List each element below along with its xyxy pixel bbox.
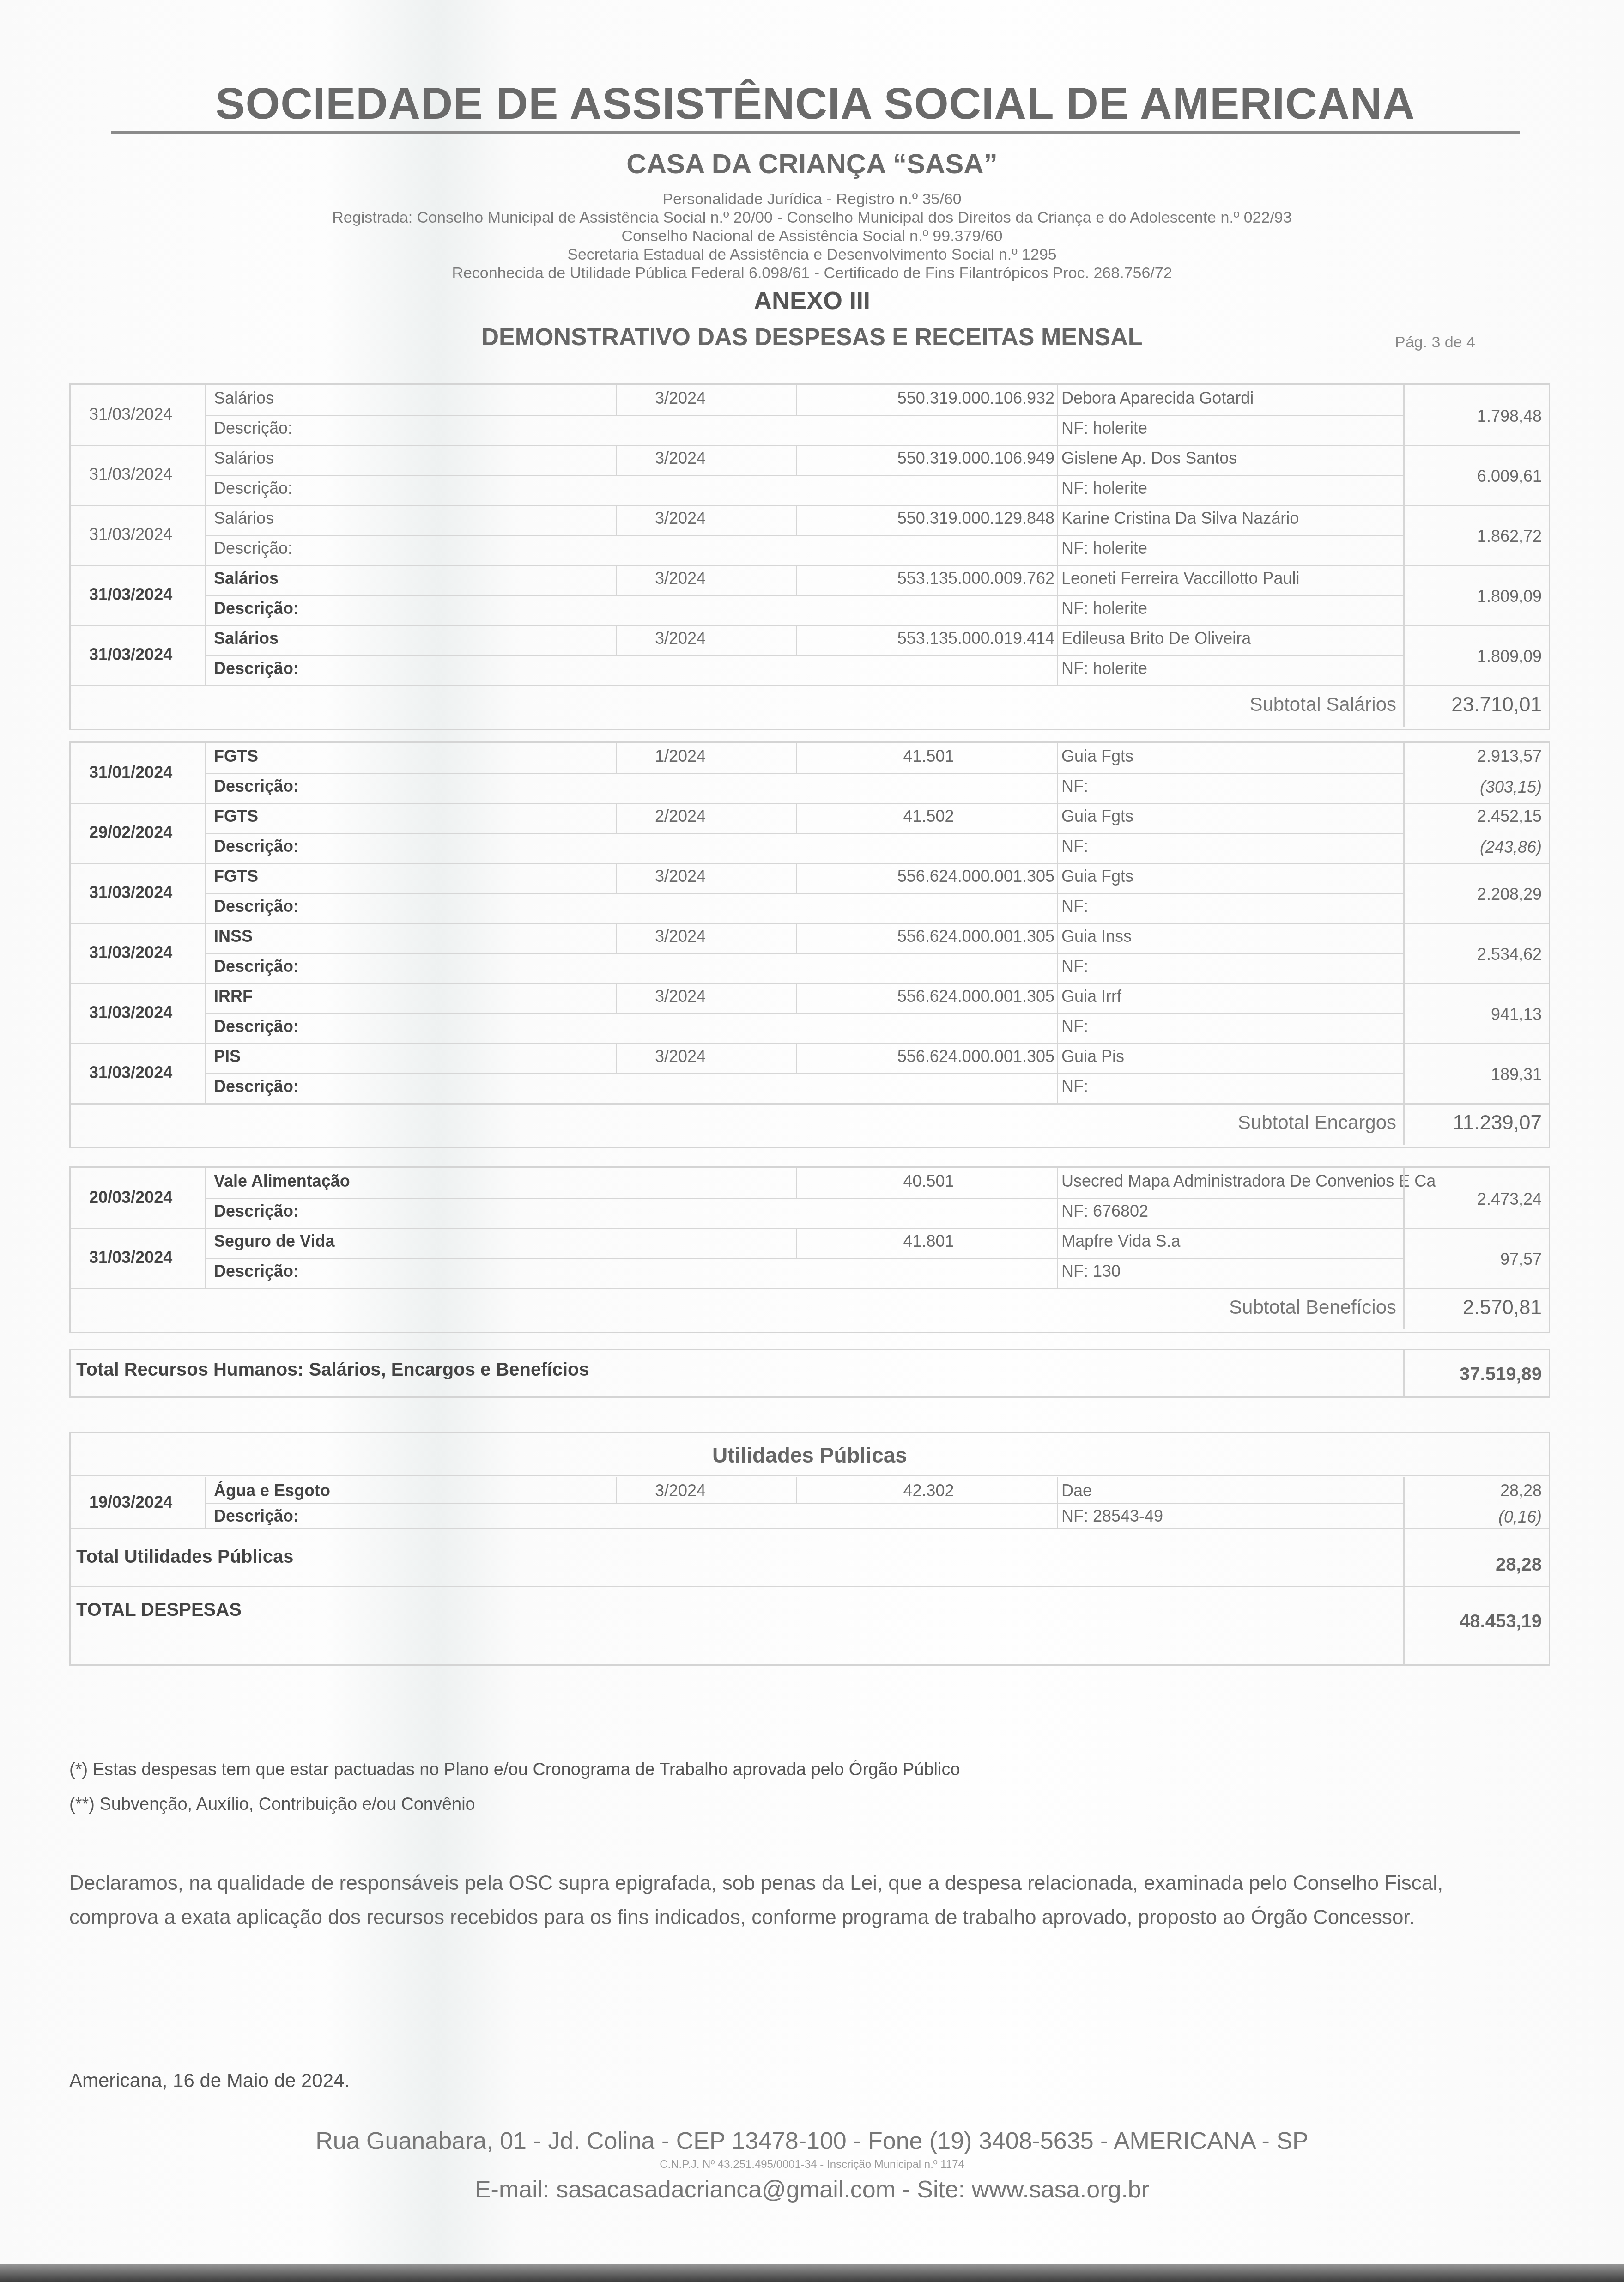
total-despesas-label: TOTAL DESPESAS bbox=[76, 1600, 242, 1620]
row-date: 31/03/2024 bbox=[89, 883, 172, 902]
row-description-label: Descrição: bbox=[214, 1262, 299, 1281]
subtotal-value: 23.710,01 bbox=[1408, 693, 1542, 716]
column-divider bbox=[616, 565, 617, 595]
row-divider bbox=[71, 685, 1549, 686]
column-divider bbox=[205, 803, 206, 863]
column-divider bbox=[205, 923, 206, 983]
row-competence: 3/2024 bbox=[616, 509, 745, 528]
column-divider bbox=[1057, 1228, 1058, 1288]
row-value: 6.009,61 bbox=[1408, 467, 1542, 486]
registry-line: Personalidade Jurídica - Registro n.º 35… bbox=[0, 190, 1624, 208]
row-payee: Guia Irrf bbox=[1061, 987, 1121, 1006]
column-divider bbox=[1403, 625, 1405, 685]
row-description-label: Descrição: bbox=[214, 1017, 299, 1036]
row-payee: Guia Fgts bbox=[1061, 807, 1133, 826]
row-divider bbox=[71, 1528, 1549, 1529]
row-divider bbox=[205, 1013, 1403, 1014]
row-divider bbox=[205, 415, 1403, 416]
row-date: 20/03/2024 bbox=[89, 1188, 172, 1207]
row-date: 31/03/2024 bbox=[89, 525, 172, 544]
column-divider bbox=[1057, 923, 1058, 983]
row-category: FGTS bbox=[214, 747, 258, 766]
row-competence: 1/2024 bbox=[616, 747, 745, 766]
row-competence: 2/2024 bbox=[616, 807, 745, 826]
subtotal-value: 11.239,07 bbox=[1408, 1111, 1542, 1135]
row-date: 31/03/2024 bbox=[89, 943, 172, 962]
row-divider bbox=[71, 1288, 1549, 1289]
row-description-label: Descrição: bbox=[214, 1506, 299, 1526]
row-divider bbox=[71, 1586, 1549, 1587]
row-document-number: 41.501 bbox=[803, 747, 1054, 766]
utilidades-title: Utilidades Públicas bbox=[71, 1443, 1549, 1468]
row-date: 31/03/2024 bbox=[89, 405, 172, 424]
subtotal-label: Subtotal Salários bbox=[902, 693, 1396, 716]
row-category: FGTS bbox=[214, 807, 258, 826]
column-divider bbox=[796, 863, 797, 893]
column-divider bbox=[1057, 385, 1058, 445]
column-divider bbox=[1403, 803, 1405, 863]
row-category: PIS bbox=[214, 1047, 241, 1066]
row-description-label: Descrição: bbox=[214, 479, 292, 498]
row-competence: 3/2024 bbox=[616, 569, 745, 588]
row-document-number: 550.319.000.106.932 bbox=[803, 388, 1054, 408]
row-divider bbox=[205, 1258, 1403, 1259]
row-competence: 3/2024 bbox=[616, 987, 745, 1006]
row-nf: NF: holerite bbox=[1061, 599, 1147, 618]
row-date: 31/03/2024 bbox=[89, 1063, 172, 1082]
registry-line: Conselho Nacional de Assistência Social … bbox=[0, 227, 1624, 245]
row-category: Salários bbox=[214, 569, 279, 588]
row-divider bbox=[205, 1198, 1403, 1199]
page-number: Pág. 3 de 4 bbox=[1395, 334, 1475, 352]
column-divider bbox=[796, 743, 797, 773]
subtotal-value: 2.570,81 bbox=[1408, 1296, 1542, 1319]
column-divider bbox=[1403, 565, 1405, 625]
row-adjustment: (243,86) bbox=[1408, 838, 1542, 857]
column-divider bbox=[1403, 445, 1405, 505]
row-document-number: 553.135.000.019.414 bbox=[803, 629, 1054, 648]
total-despesas-value: 48.453,19 bbox=[1408, 1611, 1542, 1632]
column-divider bbox=[205, 1477, 206, 1528]
column-divider bbox=[796, 923, 797, 953]
column-divider bbox=[616, 863, 617, 893]
column-divider bbox=[1057, 1168, 1058, 1228]
row-payee: Usecred Mapa Administradora De Convenios… bbox=[1061, 1171, 1436, 1191]
row-payee: Mapfre Vida S.a bbox=[1061, 1232, 1180, 1251]
column-divider bbox=[1057, 803, 1058, 863]
unit-name: CASA DA CRIANÇA “SASA” bbox=[0, 148, 1624, 180]
row-competence: 3/2024 bbox=[616, 1047, 745, 1066]
row-divider bbox=[71, 863, 1549, 864]
column-divider bbox=[205, 983, 206, 1043]
total-utilidades-value: 28,28 bbox=[1408, 1554, 1542, 1575]
row-divider bbox=[205, 595, 1403, 596]
row-divider bbox=[205, 1073, 1403, 1074]
footnote: (*) Estas despesas tem que estar pactuad… bbox=[69, 1760, 960, 1780]
row-description-label: Descrição: bbox=[214, 837, 299, 856]
row-document-number: 556.624.000.001.305 bbox=[803, 987, 1054, 1006]
footer-address: Rua Guanabara, 01 - Jd. Colina - CEP 134… bbox=[0, 2127, 1624, 2155]
row-nf: NF: 130 bbox=[1061, 1262, 1121, 1281]
column-divider bbox=[1403, 1477, 1405, 1528]
encargos-table: 31/01/2024FGTSDescrição:1/202441.501Guia… bbox=[69, 741, 1550, 1148]
row-payee: Guia Fgts bbox=[1061, 747, 1133, 766]
annex-label: ANEXO III bbox=[0, 286, 1624, 315]
row-description-label: Descrição: bbox=[214, 957, 299, 976]
row-divider bbox=[205, 1503, 1403, 1504]
row-value: 2.534,62 bbox=[1408, 945, 1542, 964]
row-category: Seguro de Vida bbox=[214, 1232, 334, 1251]
row-document-number: 40.501 bbox=[803, 1171, 1054, 1191]
row-date: 29/02/2024 bbox=[89, 823, 172, 842]
scan-edge bbox=[0, 2264, 1624, 2282]
row-value: 1.809,09 bbox=[1408, 647, 1542, 666]
row-description-label: Descrição: bbox=[214, 1202, 299, 1221]
row-competence: 3/2024 bbox=[616, 388, 745, 408]
row-adjustment: (0,16) bbox=[1408, 1507, 1542, 1527]
row-divider bbox=[205, 535, 1403, 536]
row-payee: Gislene Ap. Dos Santos bbox=[1061, 449, 1237, 468]
row-divider bbox=[205, 475, 1403, 476]
column-divider bbox=[796, 1043, 797, 1073]
column-divider bbox=[1057, 505, 1058, 565]
column-divider bbox=[616, 983, 617, 1013]
column-divider bbox=[1403, 983, 1405, 1043]
total-rh-row: Total Recursos Humanos: Salários, Encarg… bbox=[69, 1349, 1550, 1398]
row-nf: NF: holerite bbox=[1061, 419, 1147, 438]
row-description-label: Descrição: bbox=[214, 897, 299, 916]
row-category: Salários bbox=[214, 388, 274, 408]
column-divider bbox=[205, 445, 206, 505]
total-utilidades-label: Total Utilidades Públicas bbox=[76, 1547, 293, 1567]
row-competence: 3/2024 bbox=[616, 449, 745, 468]
row-nf: NF: bbox=[1061, 837, 1088, 856]
registry-line: Registrada: Conselho Municipal de Assist… bbox=[0, 209, 1624, 227]
document-page: SOCIEDADE DE ASSISTÊNCIA SOCIAL DE AMERI… bbox=[0, 0, 1624, 2282]
row-document-number: 41.801 bbox=[803, 1232, 1054, 1251]
registry-line: Secretaria Estadual de Assistência e Des… bbox=[0, 246, 1624, 264]
row-payee: Edileusa Brito De Oliveira bbox=[1061, 629, 1251, 648]
footer-contact: E-mail: sasacasadacrianca@gmail.com - Si… bbox=[0, 2176, 1624, 2203]
row-date: 31/03/2024 bbox=[89, 465, 172, 484]
column-divider bbox=[796, 625, 797, 655]
row-description-label: Descrição: bbox=[214, 1077, 299, 1096]
row-date: 31/03/2024 bbox=[89, 645, 172, 664]
place-date: Americana, 16 de Maio de 2024. bbox=[69, 2070, 350, 2092]
row-value: 28,28 bbox=[1408, 1481, 1542, 1500]
row-description-label: Descrição: bbox=[214, 777, 299, 796]
row-divider bbox=[205, 655, 1403, 656]
column-divider bbox=[1403, 1528, 1405, 1664]
column-divider bbox=[616, 505, 617, 535]
row-value: 2.473,24 bbox=[1408, 1190, 1542, 1209]
row-category: INSS bbox=[214, 927, 253, 946]
column-divider bbox=[1403, 923, 1405, 983]
column-divider bbox=[796, 983, 797, 1013]
row-description-label: Descrição: bbox=[214, 659, 299, 678]
row-document-number: 550.319.000.129.848 bbox=[803, 509, 1054, 528]
row-nf: NF: holerite bbox=[1061, 479, 1147, 498]
column-divider bbox=[796, 385, 797, 415]
column-divider bbox=[1057, 983, 1058, 1043]
column-divider bbox=[1403, 385, 1405, 445]
column-divider bbox=[1057, 743, 1058, 803]
row-competence: 3/2024 bbox=[616, 1481, 745, 1500]
column-divider bbox=[616, 1477, 617, 1503]
row-divider bbox=[205, 773, 1403, 774]
column-divider bbox=[1057, 565, 1058, 625]
row-payee: Karine Cristina Da Silva Nazário bbox=[1061, 509, 1299, 528]
row-divider bbox=[205, 833, 1403, 834]
row-divider bbox=[71, 565, 1549, 566]
column-divider bbox=[205, 565, 206, 625]
column-divider bbox=[1403, 1043, 1405, 1103]
column-divider bbox=[1403, 1288, 1405, 1329]
row-nf: NF: bbox=[1061, 1077, 1088, 1096]
row-divider bbox=[71, 445, 1549, 446]
row-document-number: 41.502 bbox=[803, 807, 1054, 826]
row-divider bbox=[71, 983, 1549, 984]
row-category: FGTS bbox=[214, 867, 258, 886]
column-divider bbox=[1403, 1168, 1405, 1228]
row-competence: 3/2024 bbox=[616, 927, 745, 946]
row-date: 31/03/2024 bbox=[89, 1248, 172, 1267]
row-value: 2.208,29 bbox=[1408, 885, 1542, 904]
row-nf: NF: holerite bbox=[1061, 659, 1147, 678]
column-divider bbox=[616, 445, 617, 475]
row-category: Salários bbox=[214, 509, 274, 528]
row-description-label: Descrição: bbox=[214, 419, 292, 438]
row-category: Vale Alimentação bbox=[214, 1171, 350, 1191]
row-payee: Guia Fgts bbox=[1061, 867, 1133, 886]
row-divider bbox=[71, 1228, 1549, 1229]
row-payee: Guia Inss bbox=[1061, 927, 1132, 946]
row-category: Salários bbox=[214, 629, 279, 648]
row-category: IRRF bbox=[214, 987, 253, 1006]
row-category: Salários bbox=[214, 449, 274, 468]
row-divider bbox=[205, 953, 1403, 954]
row-document-number: 556.624.000.001.305 bbox=[803, 927, 1054, 946]
column-divider bbox=[205, 1043, 206, 1103]
row-divider bbox=[71, 803, 1549, 804]
column-divider bbox=[1057, 1043, 1058, 1103]
column-divider bbox=[1057, 1477, 1058, 1528]
row-divider bbox=[71, 1043, 1549, 1044]
row-divider bbox=[205, 893, 1403, 894]
column-divider bbox=[616, 743, 617, 773]
row-competence: 3/2024 bbox=[616, 629, 745, 648]
declaration-text: Declaramos, na qualidade de responsáveis… bbox=[69, 1866, 1529, 1935]
row-value: 2.452,15 bbox=[1408, 807, 1542, 826]
row-competence: 3/2024 bbox=[616, 867, 745, 886]
total-rh-value: 37.519,89 bbox=[1408, 1364, 1542, 1385]
column-divider bbox=[1403, 863, 1405, 923]
row-nf: NF: bbox=[1061, 777, 1088, 796]
column-divider bbox=[796, 1477, 797, 1503]
row-value: 97,57 bbox=[1408, 1250, 1542, 1269]
row-value: 1.809,09 bbox=[1408, 587, 1542, 606]
column-divider bbox=[616, 385, 617, 415]
row-nf: NF: 676802 bbox=[1061, 1202, 1148, 1221]
column-divider bbox=[796, 1168, 797, 1198]
row-description-label: Descrição: bbox=[214, 539, 292, 558]
row-date: 31/01/2024 bbox=[89, 763, 172, 782]
row-document-number: 550.319.000.106.949 bbox=[803, 449, 1054, 468]
row-nf: NF: 28543-49 bbox=[1061, 1506, 1163, 1526]
row-divider bbox=[71, 1475, 1549, 1476]
column-divider bbox=[205, 625, 206, 685]
row-date: 31/03/2024 bbox=[89, 585, 172, 604]
beneficios-table: 20/03/2024Vale AlimentaçãoDescrição:40.5… bbox=[69, 1166, 1550, 1333]
column-divider bbox=[1403, 1350, 1405, 1396]
column-divider bbox=[796, 445, 797, 475]
column-divider bbox=[1403, 505, 1405, 565]
column-divider bbox=[796, 505, 797, 535]
row-nf: NF: bbox=[1061, 1017, 1088, 1036]
footer-cnpj: C.N.P.J. Nº 43.251.495/0001-34 - Inscriç… bbox=[0, 2158, 1624, 2171]
column-divider bbox=[616, 923, 617, 953]
footnote: (**) Subvenção, Auxílio, Contribuição e/… bbox=[69, 1795, 475, 1815]
row-divider bbox=[71, 505, 1549, 506]
row-value: 941,13 bbox=[1408, 1005, 1542, 1024]
row-divider bbox=[71, 625, 1549, 626]
total-rh-label: Total Recursos Humanos: Salários, Encarg… bbox=[76, 1359, 589, 1380]
org-name: SOCIEDADE DE ASSISTÊNCIA SOCIAL DE AMERI… bbox=[111, 79, 1520, 134]
utilidades-table: Utilidades Públicas19/03/2024Água e Esgo… bbox=[69, 1432, 1550, 1666]
report-title: DEMONSTRATIVO DAS DESPESAS E RECEITAS ME… bbox=[0, 323, 1624, 351]
column-divider bbox=[1057, 625, 1058, 685]
row-category: Água e Esgoto bbox=[214, 1481, 330, 1500]
column-divider bbox=[1403, 743, 1405, 803]
column-divider bbox=[1057, 445, 1058, 505]
row-nf: NF: bbox=[1061, 897, 1088, 916]
row-divider bbox=[71, 1103, 1549, 1105]
row-description-label: Descrição: bbox=[214, 599, 299, 618]
column-divider bbox=[796, 1228, 797, 1258]
row-value: 189,31 bbox=[1408, 1065, 1542, 1084]
row-document-number: 42.302 bbox=[803, 1481, 1054, 1500]
column-divider bbox=[1403, 1103, 1405, 1145]
column-divider bbox=[205, 505, 206, 565]
row-value: 2.913,57 bbox=[1408, 747, 1542, 766]
row-document-number: 556.624.000.001.305 bbox=[803, 1047, 1054, 1066]
column-divider bbox=[616, 625, 617, 655]
column-divider bbox=[205, 743, 206, 803]
column-divider bbox=[205, 1228, 206, 1288]
row-value: 1.862,72 bbox=[1408, 527, 1542, 546]
column-divider bbox=[616, 1043, 617, 1073]
column-divider bbox=[796, 803, 797, 833]
row-divider bbox=[71, 923, 1549, 924]
column-divider bbox=[1403, 685, 1405, 727]
row-document-number: 553.135.000.009.762 bbox=[803, 569, 1054, 588]
row-nf: NF: bbox=[1061, 957, 1088, 976]
row-date: 19/03/2024 bbox=[89, 1493, 172, 1512]
subtotal-label: Subtotal Benefícios bbox=[902, 1296, 1396, 1318]
registry-line: Reconhecida de Utilidade Pública Federal… bbox=[0, 264, 1624, 282]
column-divider bbox=[796, 565, 797, 595]
row-payee: Debora Aparecida Gotardi bbox=[1061, 388, 1254, 408]
column-divider bbox=[616, 803, 617, 833]
salarios-table: 31/03/2024SaláriosDescrição:3/2024550.31… bbox=[69, 383, 1550, 730]
column-divider bbox=[1057, 863, 1058, 923]
column-divider bbox=[205, 1168, 206, 1228]
row-nf: NF: holerite bbox=[1061, 539, 1147, 558]
column-divider bbox=[1403, 1228, 1405, 1288]
row-date: 31/03/2024 bbox=[89, 1003, 172, 1022]
row-payee: Leoneti Ferreira Vaccillotto Pauli bbox=[1061, 569, 1300, 588]
column-divider bbox=[205, 385, 206, 445]
row-payee: Dae bbox=[1061, 1481, 1092, 1500]
row-adjustment: (303,15) bbox=[1408, 777, 1542, 797]
subtotal-label: Subtotal Encargos bbox=[902, 1111, 1396, 1134]
row-document-number: 556.624.000.001.305 bbox=[803, 867, 1054, 886]
row-payee: Guia Pis bbox=[1061, 1047, 1124, 1066]
row-value: 1.798,48 bbox=[1408, 407, 1542, 426]
column-divider bbox=[205, 863, 206, 923]
